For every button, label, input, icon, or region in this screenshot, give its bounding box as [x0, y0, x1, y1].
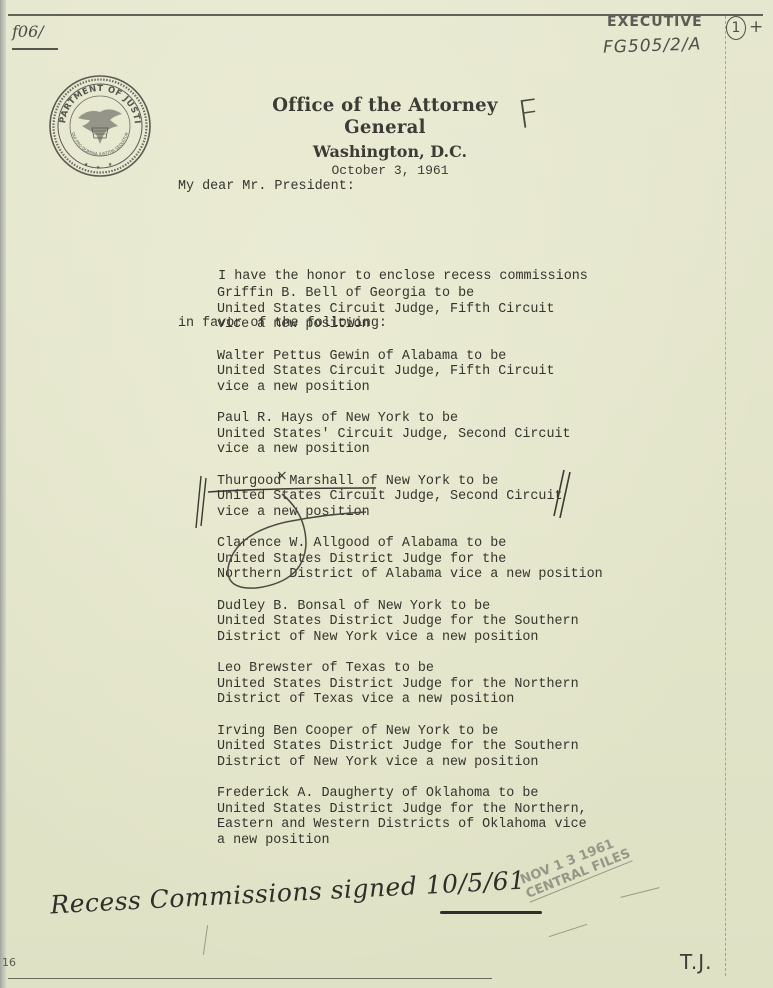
nominee-line: Paul R. Hays of New York to be	[217, 411, 603, 427]
nominee-line: United States Circuit Judge, Fifth Circu…	[217, 364, 603, 380]
nominee-entry: Griffin B. Bell of Georgia to be United …	[217, 286, 603, 333]
left-double-bracket-mark	[193, 474, 207, 530]
nominee-line: Leo Brewster of Texas to be	[217, 661, 603, 677]
nominee-line: Irving Ben Cooper of New York to be	[217, 724, 603, 740]
scanned-letter-page: f06/ DEPARTMENT OF JUSTICE QUI PRO DOMIN…	[0, 0, 773, 988]
letterhead: Office of the Attorney General Washingto…	[220, 94, 550, 178]
handwritten-note-underline	[440, 911, 542, 914]
nominee-line: Frederick A. Daugherty of Oklahoma to be	[217, 786, 603, 802]
stray-pen-mark	[620, 887, 659, 898]
nominee-line: Walter Pettus Gewin of Alabama to be	[217, 349, 603, 365]
nominee-entry: Leo Brewster of Texas to be United State…	[217, 661, 603, 708]
nominee-line: vice a new position	[217, 380, 603, 396]
circled-number: 1	[726, 16, 746, 40]
nominee-entry-marked: Thurgood Marshall of New York to be Unit…	[217, 474, 603, 521]
nominee-entry: Walter Pettus Gewin of Alabama to be Uni…	[217, 349, 603, 396]
fold-line	[725, 16, 727, 976]
handwritten-initials: T.J.	[680, 950, 712, 974]
nominee-line: United States District Judge for the Sou…	[217, 739, 603, 755]
file-note-underline	[12, 48, 58, 50]
nominee-entry: Frederick A. Daugherty of Oklahoma to be…	[217, 786, 603, 848]
executive-stamp: EXECUTIVE	[607, 14, 703, 30]
top-left-file-note: f06/	[12, 22, 44, 41]
file-code-handwritten: FG505/2/A	[603, 34, 702, 57]
nominee-line: vice a new position	[217, 317, 603, 333]
nominee-line: United States District Judge for the	[217, 552, 603, 568]
nominee-entry: Irving Ben Cooper of New York to be Unit…	[217, 724, 603, 771]
letterhead-city: Washington, D.C.	[230, 142, 550, 161]
bottom-border-line	[8, 978, 492, 979]
nominee-line: Clarence W. Allgood of Alabama to be	[217, 536, 603, 552]
salutation: My dear Mr. President:	[178, 179, 355, 195]
nominee-line: United States' Circuit Judge, Second Cir…	[217, 427, 603, 443]
nominee-line: Dudley B. Bonsal of New York to be	[217, 599, 603, 615]
department-of-justice-seal-icon: DEPARTMENT OF JUSTICE QUI PRO DOMINA JUS…	[48, 74, 152, 178]
nominee-line: Griffin B. Bell of Georgia to be	[217, 286, 603, 302]
svg-text:★: ★	[84, 161, 89, 169]
nominee-line: United States District Judge for the Nor…	[217, 677, 603, 693]
letter-date: October 3, 1961	[230, 163, 550, 178]
circled-mark-suffix: +	[749, 17, 763, 37]
nominee-line: Thurgood Marshall of New York to be	[217, 474, 603, 490]
nominee-entry: Paul R. Hays of New York to be United St…	[217, 411, 603, 458]
nominee-line: Northern District of Alabama vice a new …	[217, 567, 603, 583]
scan-left-edge	[0, 0, 6, 988]
stray-pen-mark	[549, 924, 587, 937]
nominee-line: Eastern and Western Districts of Oklahom…	[217, 817, 603, 833]
letterhead-office: Office of the Attorney General	[228, 94, 542, 138]
nominee-line: vice a new position	[217, 442, 603, 458]
nominee-line: District of New York vice a new position	[217, 755, 603, 771]
nominee-line: District of New York vice a new position	[217, 630, 603, 646]
nominee-line: a new position	[217, 833, 603, 849]
intro-line: I have the honor to enclose recess commi…	[178, 269, 588, 285]
stray-pen-mark	[203, 925, 208, 955]
nominee-entry: Dudley B. Bonsal of New York to be Unite…	[217, 599, 603, 646]
nominee-line: United States Circuit Judge, Fifth Circu…	[217, 302, 603, 318]
circled-number-mark: 1+	[726, 16, 763, 40]
nominee-line: District of Texas vice a new position	[217, 692, 603, 708]
nominee-list: Griffin B. Bell of Georgia to be United …	[217, 286, 603, 864]
nominee-entry: Clarence W. Allgood of Alabama to be Uni…	[217, 536, 603, 583]
nominee-line: United States District Judge for the Sou…	[217, 614, 603, 630]
nominee-line: United States District Judge for the Nor…	[217, 802, 603, 818]
nominee-line: vice a new position	[217, 505, 603, 521]
right-double-bracket-mark	[550, 468, 572, 520]
svg-text:★: ★	[108, 161, 113, 169]
page-marker: 16	[2, 956, 16, 969]
nominee-line: United States Circuit Judge, Second Circ…	[217, 489, 603, 505]
